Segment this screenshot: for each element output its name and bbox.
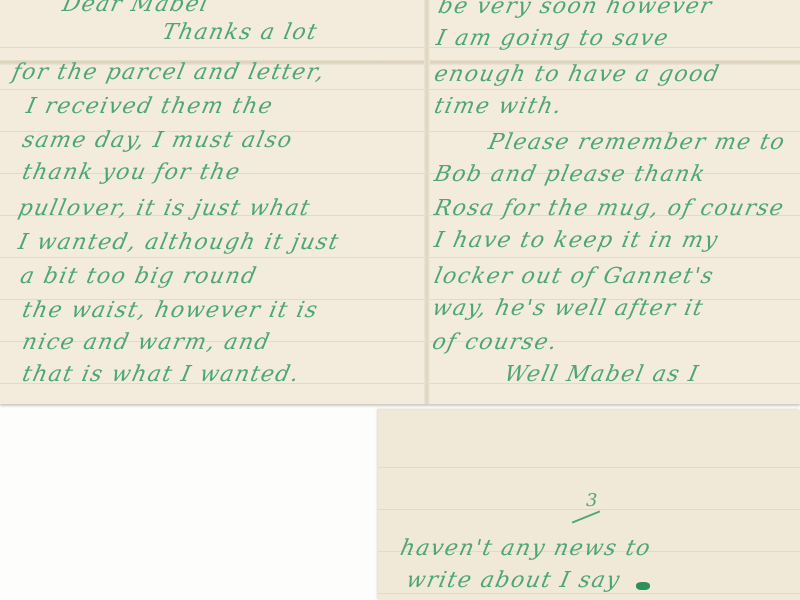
letter-line: I am going to save	[434, 26, 672, 51]
salutation: Dear Mabel	[60, 0, 211, 17]
letter-sheet-page-3: 3 haven't any news to write about I say	[378, 410, 800, 600]
letter-line: locker out of Gannet's	[432, 264, 717, 289]
letter-line: write about I say	[404, 568, 623, 593]
ink-blot	[636, 582, 650, 590]
letter-line: I received them the	[24, 94, 276, 119]
page-number: 3	[586, 490, 597, 511]
letter-line: nice and warm, and	[20, 330, 273, 355]
letter-line: a bit too big round	[18, 264, 260, 289]
letter-line: Rosa for the mug, of course	[432, 196, 787, 221]
letter-line: I have to keep it in my	[432, 228, 721, 253]
letter-line: for the parcel and letter,	[10, 60, 328, 85]
letter-line: way, he's well after it	[430, 296, 706, 321]
letter-line: Thanks a lot	[160, 20, 320, 45]
letter-line: Bob and please thank	[432, 162, 708, 187]
letter-line: of course.	[430, 330, 560, 355]
letter-line: same day, I must also	[20, 128, 295, 153]
letter-line: the waist, however it is	[20, 298, 321, 323]
letter-sheet-pages-1-2: Dear Mabel Thanks a lot for the parcel a…	[0, 0, 800, 404]
letter-line: haven't any news to	[398, 536, 654, 561]
vertical-seam	[424, 0, 430, 404]
letter-line: time with.	[432, 94, 565, 119]
letter-line: that is what I wanted.	[20, 362, 302, 387]
letter-line: thank you for the	[20, 160, 243, 185]
letter-line: I wanted, although it just	[16, 230, 342, 255]
letter-line: Please remember me to	[486, 130, 788, 155]
letter-line: be very soon however	[436, 0, 715, 19]
letter-line: Well Mabel as I	[502, 362, 702, 387]
letter-line: enough to have a good	[432, 62, 722, 87]
letter-line: pullover, it is just what	[16, 196, 313, 221]
